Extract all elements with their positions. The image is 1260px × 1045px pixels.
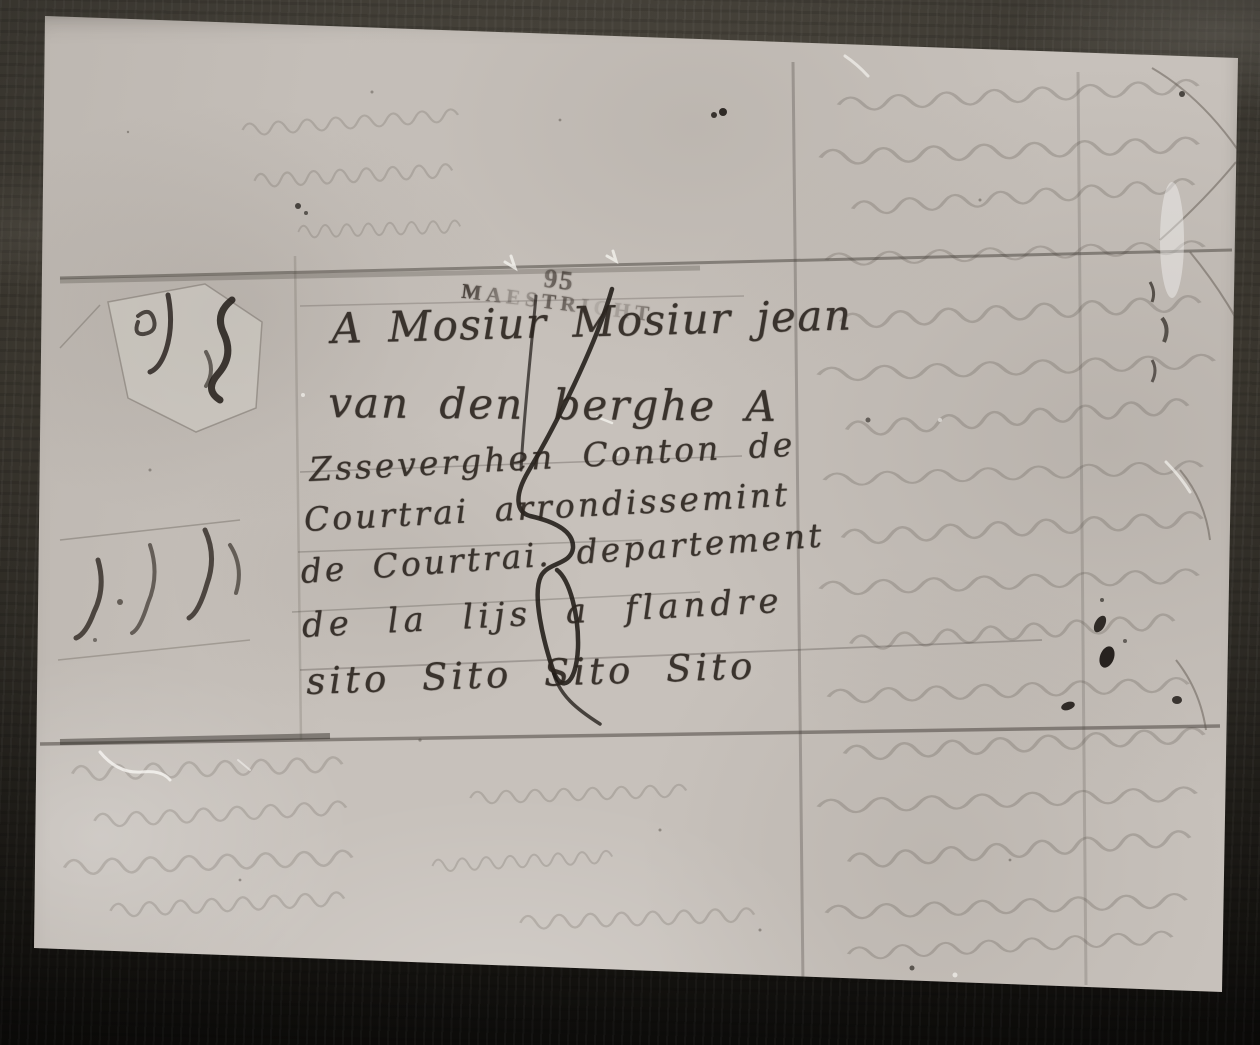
ghost-writing-line xyxy=(820,569,1198,595)
ink-blot xyxy=(1172,696,1182,704)
white-speck xyxy=(938,418,942,422)
ghost-writing-line xyxy=(520,908,754,929)
ghost-writing-line xyxy=(432,851,612,872)
ink-dot xyxy=(1100,598,1104,602)
ghost-writing-line xyxy=(64,850,352,874)
ghost-writing-line xyxy=(846,399,1188,437)
ink-dot xyxy=(1123,639,1127,643)
ink-blot xyxy=(1060,700,1076,712)
paper-speck xyxy=(759,929,762,932)
ghost-writing-line xyxy=(818,787,1196,813)
ghost-writing-line xyxy=(840,296,1200,329)
ghost-writing-line xyxy=(254,164,452,188)
ghost-writing-right-column xyxy=(818,79,1214,960)
tear-line xyxy=(60,305,100,348)
ghost-writing-line xyxy=(842,512,1202,545)
paper-speck xyxy=(979,199,982,202)
white-speck xyxy=(301,393,305,397)
fragment-ink-stroke xyxy=(230,545,239,593)
ghost-writing-line xyxy=(110,892,344,917)
tear-line xyxy=(58,640,250,660)
ghost-writing-line xyxy=(828,678,1188,704)
paper-speck xyxy=(239,879,242,882)
crease-line-vertical-left xyxy=(295,256,301,740)
paper-speck xyxy=(559,119,562,122)
paper-speck xyxy=(371,91,374,94)
paper-speck xyxy=(127,131,129,133)
ghost-writing-line xyxy=(820,137,1198,165)
address-line-2: van den berghe A xyxy=(328,378,778,431)
scratch-mark xyxy=(238,760,250,770)
ghost-writing-line xyxy=(838,79,1198,111)
ghost-writing-line xyxy=(242,109,458,136)
ink-dot xyxy=(910,966,915,971)
ink-blot xyxy=(1097,644,1118,669)
letter-sheet: 95 MAESTRICHT A Mosiur Mosiur jean van d… xyxy=(0,0,1260,1045)
ghost-writing-line xyxy=(298,220,460,238)
ghost-writing-line xyxy=(848,831,1190,869)
corner-fold-creases xyxy=(1152,68,1238,730)
glare-patch xyxy=(1160,182,1184,298)
crease-line-horizontal-top xyxy=(60,250,1232,278)
photograph-of-letter: 95 MAESTRICHT A Mosiur Mosiur jean van d… xyxy=(0,0,1260,1045)
fold-crease xyxy=(1152,68,1238,150)
fragment-ink-stroke xyxy=(189,530,212,618)
torn-fragment-lower-left xyxy=(58,520,250,660)
paper-speck xyxy=(1009,859,1012,862)
ink-dot xyxy=(295,203,301,209)
fold-crease xyxy=(1190,252,1238,322)
ink-dot xyxy=(711,112,717,118)
edge-ink-mark xyxy=(1162,318,1167,342)
fragment-ink-stroke xyxy=(76,560,101,638)
paper-speck xyxy=(659,829,662,832)
edge-ink-mark xyxy=(1150,282,1154,302)
ghost-writing-line xyxy=(852,178,1194,215)
ghost-writing-line xyxy=(826,894,1186,920)
paper-speck xyxy=(418,738,421,741)
ink-dot xyxy=(117,599,123,605)
scratch-mark xyxy=(845,56,868,76)
white-speck xyxy=(953,973,958,978)
ink-dot xyxy=(1179,91,1185,97)
ghost-writing-line xyxy=(824,461,1202,486)
paper-speck xyxy=(149,469,152,472)
ghost-writing-line xyxy=(94,801,346,827)
ink-dot xyxy=(719,108,727,116)
scratch-mark xyxy=(607,251,616,261)
ghost-writing-line xyxy=(72,757,342,781)
fragment-ink-stroke xyxy=(132,545,155,633)
paper-marks-layer xyxy=(0,0,1260,1045)
edge-ink-mark xyxy=(1152,360,1155,382)
fold-crease xyxy=(1180,470,1210,540)
ink-dot xyxy=(304,211,308,215)
ghost-writing-line xyxy=(848,931,1172,960)
fold-crease xyxy=(1176,660,1206,730)
tear-outline xyxy=(108,284,262,432)
ghost-writing-line xyxy=(470,784,686,804)
torn-fragment-upper-left xyxy=(60,284,262,432)
ink-dot xyxy=(866,418,871,423)
ink-dot xyxy=(93,638,97,642)
tear-line xyxy=(60,520,240,540)
